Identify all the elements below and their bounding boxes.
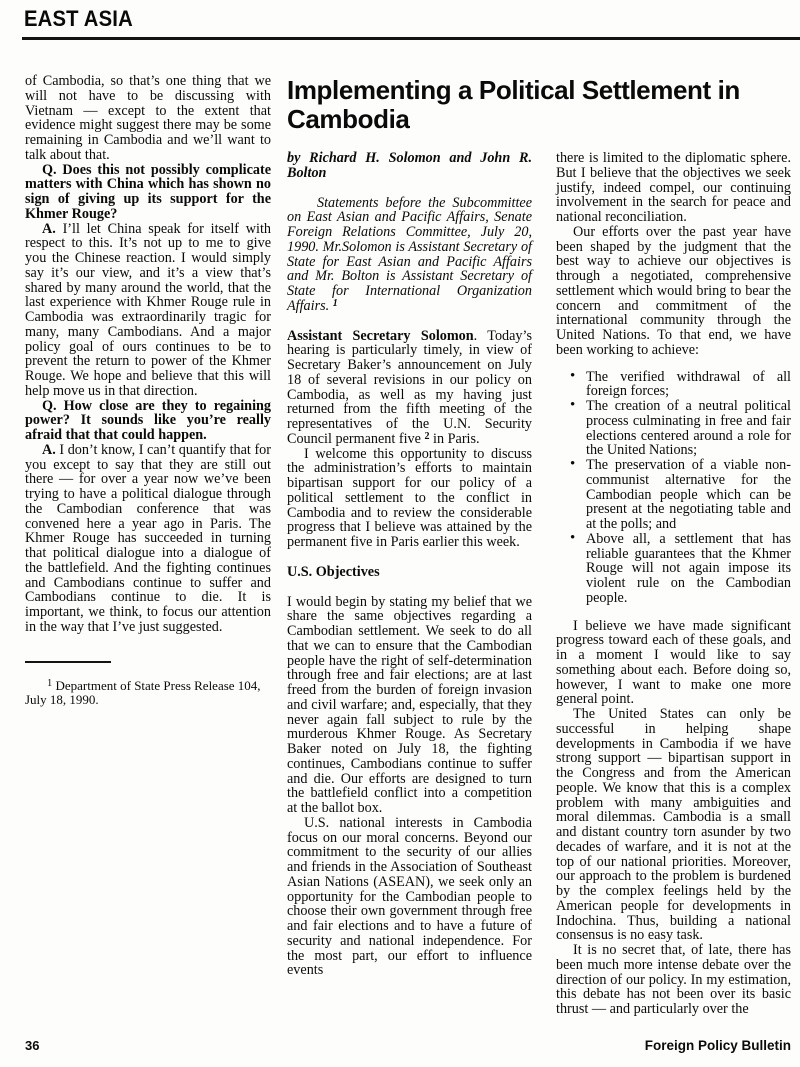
paragraph-objectives-2: U.S. national interests in Cambodia focu… bbox=[287, 816, 532, 978]
paragraph-efforts: Our efforts over the past year have been… bbox=[556, 225, 791, 358]
intro-note-text: Statements before the Subcommittee on Ea… bbox=[287, 195, 532, 314]
answer-paragraph: A. I’ll let China speak for itself with … bbox=[25, 222, 271, 399]
statement-text: . Today’s hearing is particularly timely… bbox=[287, 328, 532, 447]
footnote: 1 Department of State Press Release 104,… bbox=[25, 679, 271, 708]
footnote-rule bbox=[25, 661, 111, 663]
intro-note: Statements before the Subcommittee on Ea… bbox=[287, 196, 532, 314]
bullet-item: The preservation of a viable non-communi… bbox=[586, 458, 791, 532]
article-title: Implementing a Political Settlement in C… bbox=[287, 76, 791, 134]
statement-text-after: in Paris. bbox=[433, 431, 480, 447]
footnote-line: 1 Department of State Press Release 104, bbox=[25, 679, 271, 694]
article-columns: by Richard H. Solomon and John R. Bolton… bbox=[287, 151, 791, 1017]
byline: by Richard H. Solomon and John R. Bolton bbox=[287, 151, 532, 181]
footnote-block: 1 Department of State Press Release 104,… bbox=[25, 661, 271, 708]
question-paragraph: Q. Does this not possibly complicate mat… bbox=[25, 163, 271, 222]
paragraph-us-success: The United States can only be successful… bbox=[556, 707, 791, 943]
publication-name: Foreign Policy Bulletin bbox=[645, 1038, 791, 1053]
answer-lead: A. bbox=[42, 442, 56, 458]
question-paragraph: Q. How close are they to regaining power… bbox=[25, 399, 271, 443]
paragraph-welcome: I welcome this opportunity to discuss th… bbox=[287, 447, 532, 550]
footnote-ref-2: 2 bbox=[425, 431, 430, 442]
page-number: 36 bbox=[25, 1038, 39, 1053]
answer-paragraph: A. I don’t know, I can’t quantify that f… bbox=[25, 443, 271, 635]
footnote-marker: 1 bbox=[47, 678, 52, 689]
article-region: Implementing a Political Settlement in C… bbox=[287, 76, 791, 1017]
paragraph-continuation: of Cambodia, so that’s one thing that we… bbox=[25, 74, 271, 163]
paragraph-debate: It is no secret that, of late, there has… bbox=[556, 943, 791, 1017]
bullet-item: The verified withdrawal of all foreign f… bbox=[586, 370, 791, 400]
answer-lead: A. bbox=[42, 221, 56, 237]
bulletin-page: EAST ASIA of Cambodia, so that’s one thi… bbox=[0, 0, 800, 1067]
paragraph-continuation: there is limited to the diplomatic spher… bbox=[556, 151, 791, 225]
footnote-line: July 18, 1990. bbox=[25, 693, 271, 708]
paragraph-objectives-1: I would begin by stating my belief that … bbox=[287, 595, 532, 816]
footnote-text-2: July 18, 1990. bbox=[25, 692, 99, 707]
speaker-name: Assistant Secretary Solomon bbox=[287, 328, 474, 344]
footnote-ref-1: 1 bbox=[333, 298, 338, 309]
bullet-item: The creation of a neutral political proc… bbox=[586, 399, 791, 458]
solomon-statement-paragraph: Assistant Secretary Solomon. Today’s hea… bbox=[287, 329, 532, 447]
section-heading-objectives: U.S. Objectives bbox=[287, 565, 532, 580]
bullet-item: Above all, a settlement that has reliabl… bbox=[586, 532, 791, 606]
right-column: there is limited to the diplomatic spher… bbox=[556, 151, 791, 1017]
answer-text: I’ll let China speak for itself with res… bbox=[25, 221, 271, 399]
masthead-rule bbox=[22, 37, 800, 40]
paragraph-progress: I believe we have made significant progr… bbox=[556, 619, 791, 708]
section-header: EAST ASIA bbox=[24, 7, 133, 31]
left-column: of Cambodia, so that’s one thing that we… bbox=[25, 74, 271, 708]
middle-column: by Richard H. Solomon and John R. Bolton… bbox=[287, 151, 532, 1017]
answer-text: I don’t know, I can’t quantify that for … bbox=[25, 442, 271, 635]
objectives-bullet-list: The verified withdrawal of all foreign f… bbox=[556, 370, 791, 606]
footnote-text-1: Department of State Press Release 104, bbox=[56, 678, 261, 693]
